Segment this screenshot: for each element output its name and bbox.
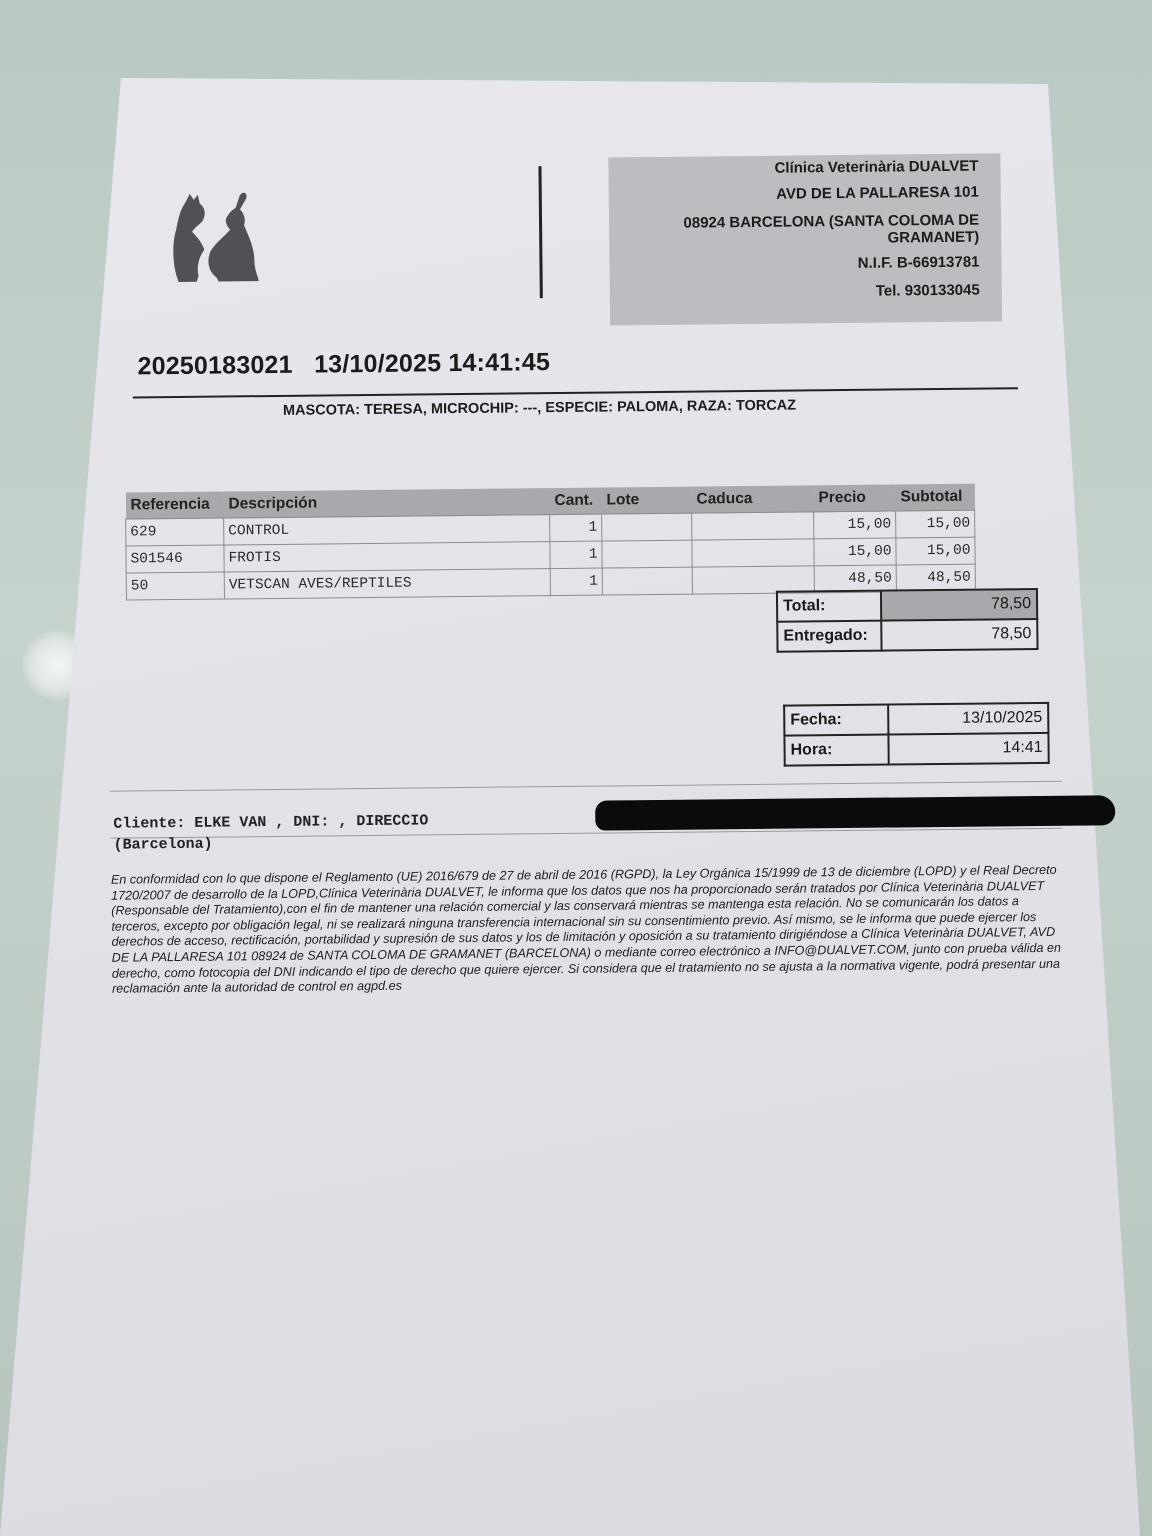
items-table: Referencia Descripción Cant. Lote Caduca…: [125, 484, 976, 601]
client-line-1: Cliente: ELKE VAN , DNI: , DIRECCIO: [113, 812, 428, 832]
cell-desc: CONTROL: [224, 515, 550, 545]
client-line-2: (Barcelona): [113, 836, 212, 854]
invoice-datetime: 13/10/2025 14:41:45: [314, 348, 550, 378]
cell-qty: 1: [550, 541, 602, 569]
cell-lote: [602, 567, 692, 595]
time-label: Hora:: [784, 735, 888, 766]
clinic-name: Clínica Veterinària DUALVET: [774, 158, 978, 177]
clinic-phone: Tel. 930133045: [876, 282, 980, 300]
col-descripcion: Descripción: [223, 488, 549, 518]
invoice-number: 20250183021: [137, 351, 292, 381]
time-row: Hora: 14:41: [784, 733, 1048, 766]
clinic-info-box: Clínica Veterinària DUALVET AVD DE LA PA…: [608, 153, 1002, 325]
cell-subtotal: 15,00: [896, 537, 975, 565]
col-caduca: Caduca: [691, 485, 813, 513]
cat-and-rabbit-silhouette-icon: [168, 191, 269, 284]
privacy-notice: En conformidad con lo que dispone el Reg…: [111, 863, 1067, 998]
time-value: 14:41: [888, 733, 1048, 765]
date-label: Fecha:: [784, 705, 888, 736]
cell-lote: [602, 540, 692, 568]
total-row: Total: 78,50: [777, 589, 1037, 622]
cell-precio: 15,00: [814, 538, 896, 566]
date-value: 13/10/2025: [888, 703, 1048, 735]
paid-value: 78,50: [881, 619, 1037, 651]
paid-label: Entregado:: [777, 621, 881, 652]
cell-qty: 1: [550, 514, 602, 542]
cell-subtotal: 15,00: [896, 510, 975, 538]
redaction-mark: [595, 795, 1115, 830]
col-referencia: Referencia: [125, 492, 223, 520]
cell-ref: 50: [126, 572, 224, 600]
total-value: 78,50: [881, 589, 1037, 621]
cell-precio: 15,00: [814, 511, 896, 539]
cell-ref: 629: [126, 518, 224, 546]
cell-lote: [602, 513, 692, 541]
total-label: Total:: [777, 591, 881, 622]
clinic-address: AVD DE LA PALLARESA 101: [776, 184, 979, 203]
date-row: Fecha: 13/10/2025: [784, 703, 1048, 736]
date-box: Fecha: 13/10/2025 Hora: 14:41: [783, 702, 1050, 767]
col-cant: Cant.: [549, 488, 601, 515]
client-info: Cliente: ELKE VAN , DNI: , DIRECCIO (Bar…: [110, 781, 1062, 839]
cell-caduca: [692, 512, 814, 540]
invoice-header: 20250183021 13/10/2025 14:41:45: [137, 348, 550, 381]
header-divider: [538, 166, 542, 298]
clinic-city: 08924 BARCELONA (SANTA COLOMA DE GRAMANE…: [639, 212, 979, 250]
header-rule: [133, 387, 1018, 398]
pet-info: MASCOTA: TERESA, MICROCHIP: ---, ESPECIE…: [283, 398, 796, 419]
paid-row: Entregado: 78,50: [777, 619, 1037, 652]
col-subtotal: Subtotal: [895, 484, 974, 511]
cell-qty: 1: [550, 568, 602, 596]
cell-desc: VETSCAN AVES/REPTILES: [224, 569, 550, 599]
col-lote: Lote: [601, 487, 691, 514]
cell-ref: S01546: [126, 545, 224, 573]
invoice-document: Clínica Veterinària DUALVET AVD DE LA PA…: [0, 0, 1152, 1536]
cell-caduca: [692, 539, 814, 567]
col-precio: Precio: [813, 484, 895, 511]
totals-box: Total: 78,50 Entregado: 78,50: [776, 588, 1039, 653]
cell-desc: FROTIS: [224, 542, 550, 572]
clinic-nif: N.I.F. B-66913781: [858, 254, 980, 272]
